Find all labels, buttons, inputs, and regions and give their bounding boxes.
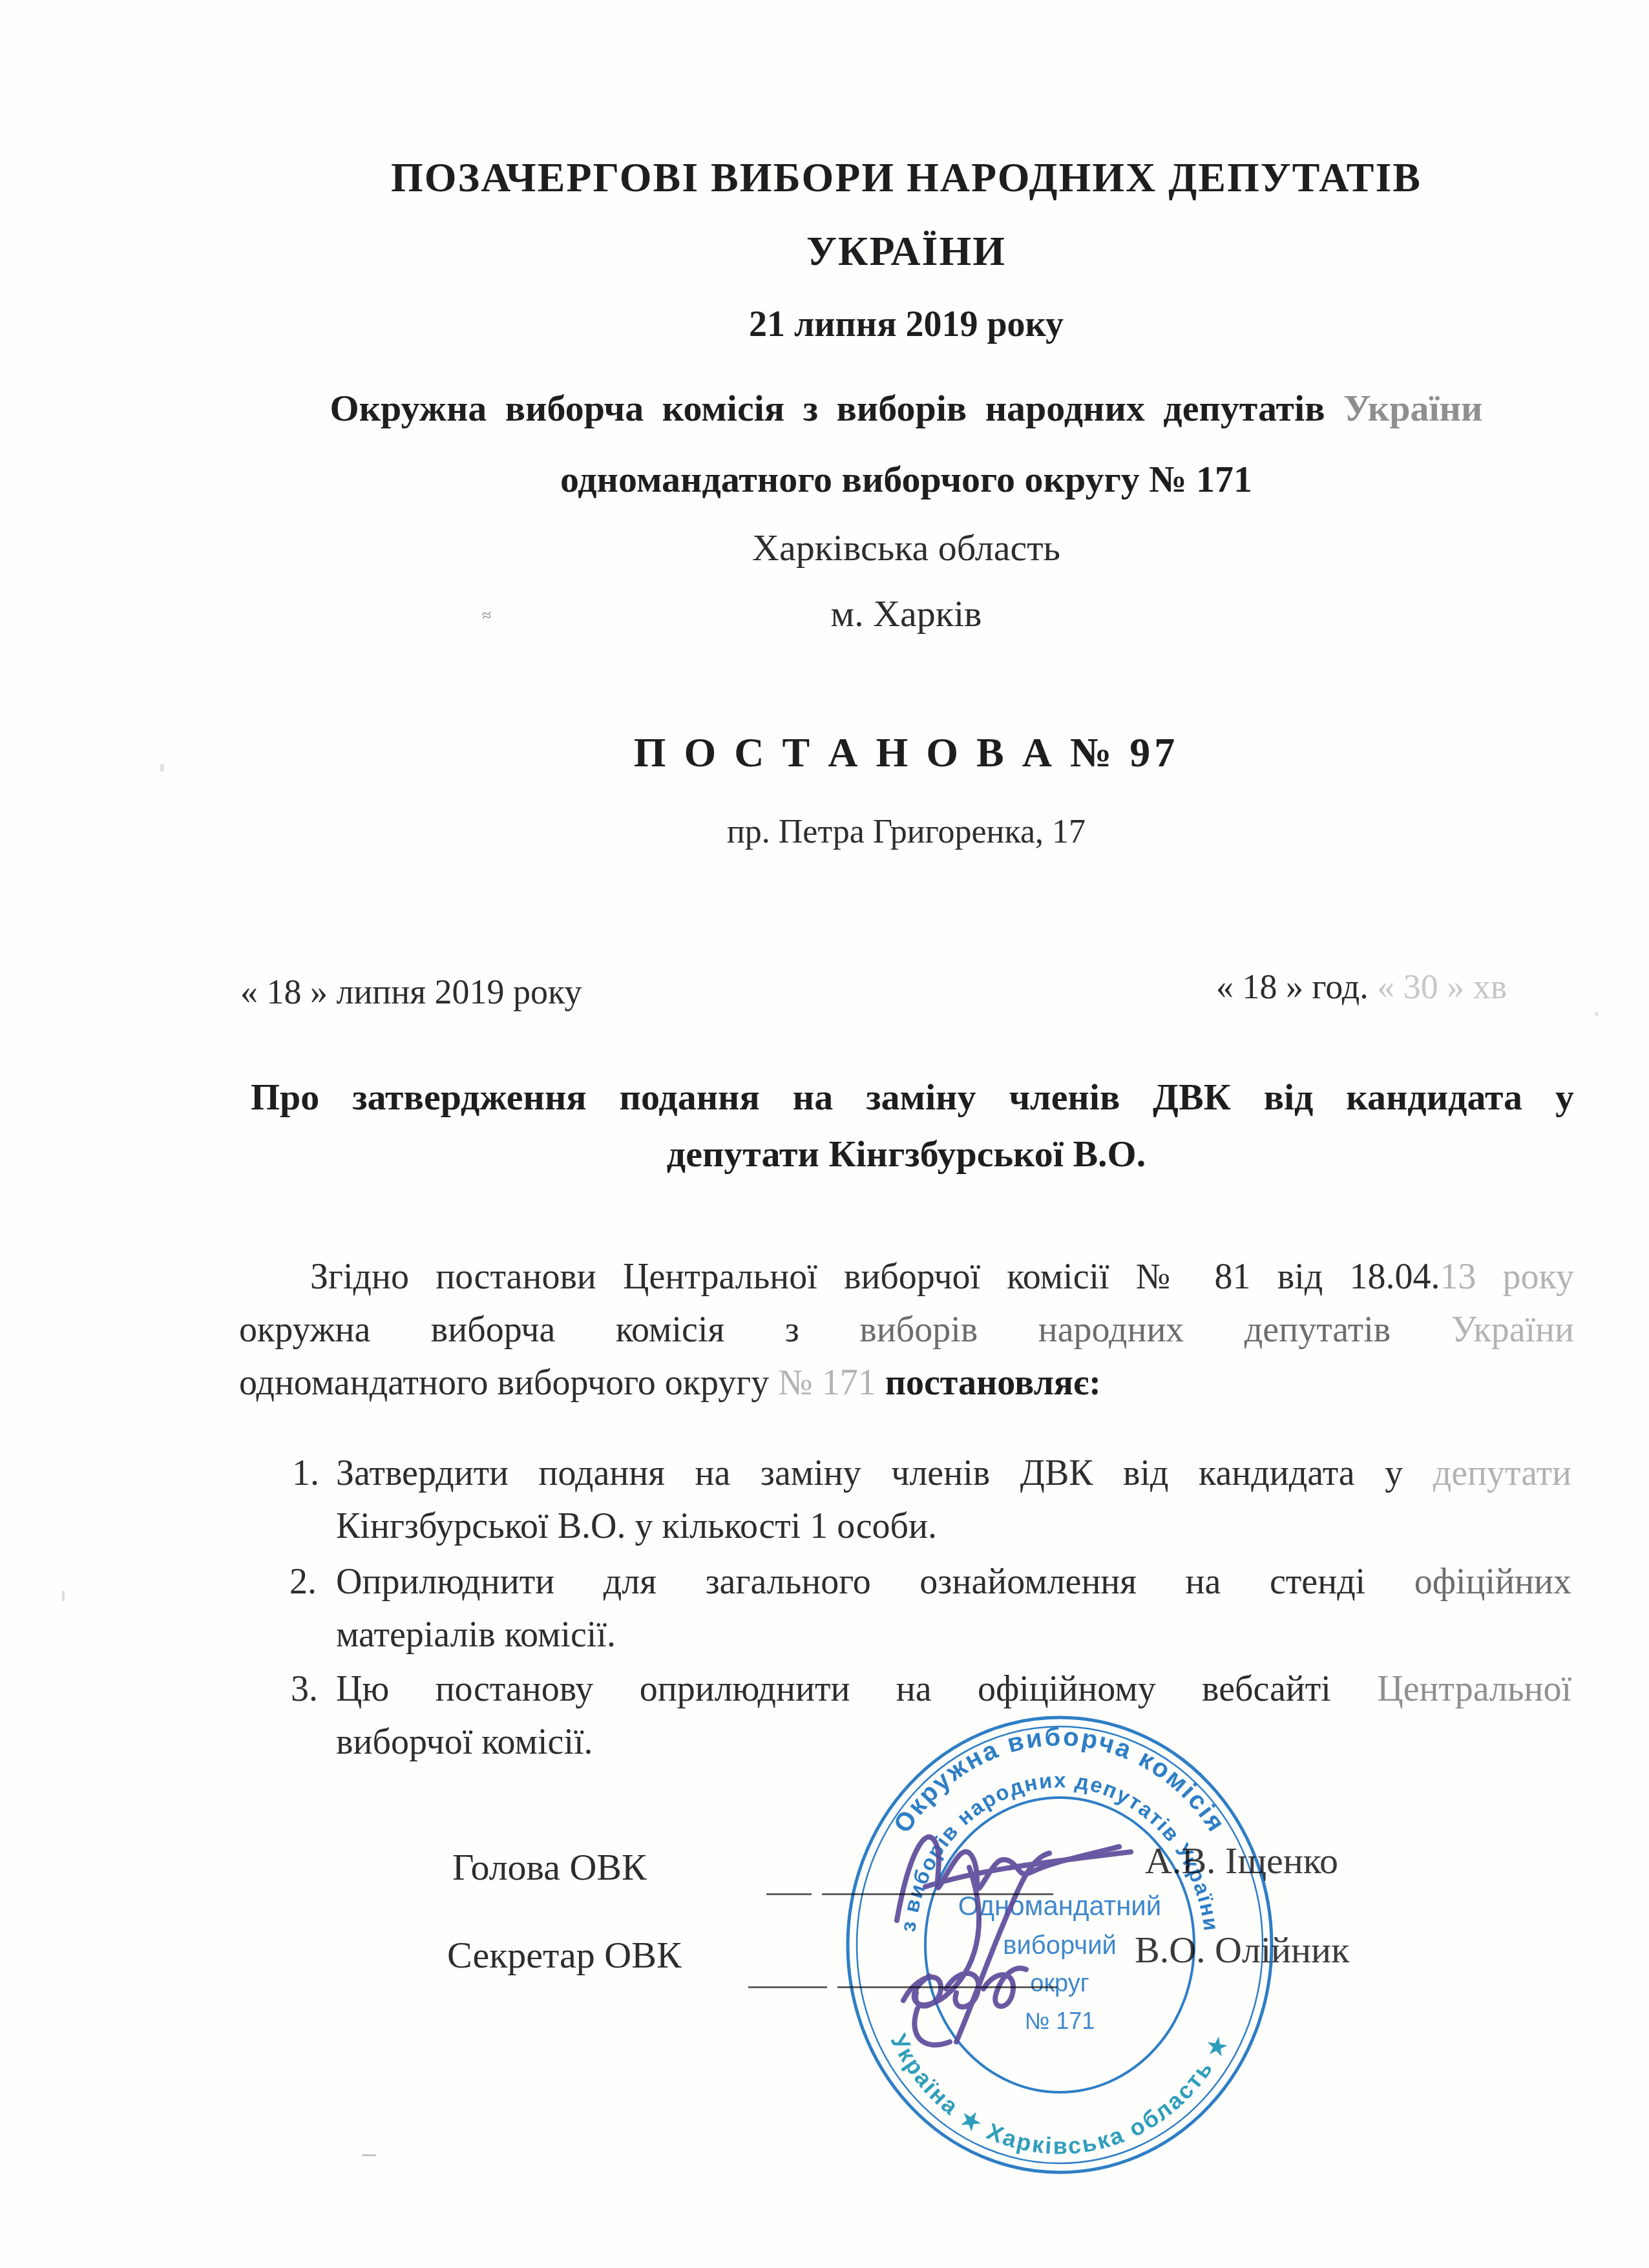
subject-line1: Про затвердження подання на заміну члені… (251, 1075, 1574, 1118)
city-line: м. Харків (239, 592, 1573, 635)
list-item-2-line1: Оприлюднити для загального ознайомлення … (336, 1561, 1571, 1602)
official-round-stamp: Окружна виборча комісія з виборів народн… (762, 1693, 1370, 2210)
subject-line2: депутати Кінгзбурської В.О. (239, 1132, 1573, 1175)
scan-speck (362, 2154, 376, 2156)
resolution-title: П О С Т А Н О В А № 97 (239, 729, 1573, 777)
scan-speck (62, 1591, 65, 1601)
paragraph-line3: одномандатного виборчого округу № 171 по… (239, 1362, 1101, 1403)
paragraph-line1-main: Згідно постанови Центральної виборчої ко… (310, 1257, 1440, 1297)
commission-name-tail: України (1325, 387, 1482, 429)
document-title-line1: ПОЗАЧЕРГОВІ ВИБОРИ НАРОДНИХ ДЕПУТАТІВ (239, 154, 1573, 202)
election-date: 21 липня 2019 року (239, 304, 1573, 345)
resolution-time-faded: « 30 » хв (1369, 967, 1507, 1006)
list-item-3-line2: виборчої комісії. (336, 1721, 593, 1763)
stamp-center-line3: округ (1030, 1970, 1089, 1997)
stamp-center-line2: виборчий (1003, 1931, 1117, 1960)
list-item-1-line1-faded: депутати (1403, 1453, 1571, 1493)
scanned-document-page: ПОЗАЧЕРГОВІ ВИБОРИ НАРОДНИХ ДЕПУТАТІВ УК… (0, 0, 1649, 2268)
stamp-center-line4: № 171 (1025, 2008, 1095, 2034)
resolution-date-left: « 18 » липня 2019 року (240, 972, 582, 1012)
secretary-signature-tail (914, 2008, 950, 2045)
list-item-3-number: 3. (291, 1668, 318, 1710)
commission-name-main: Окружна виборча комісія з виборів народн… (330, 387, 1325, 429)
paragraph-line3-faded: № 171 (778, 1363, 885, 1403)
list-item-2-line2: матеріалів комісії. (336, 1614, 616, 1655)
document-title-line2: УКРАЇНИ (239, 227, 1573, 275)
list-item-2-line1-faded: офіційних (1365, 1562, 1571, 1602)
paragraph-line2-main: окружна виборча комісія з (239, 1310, 799, 1350)
resolution-time-right: « 18 » год. « 30 » хв (1216, 967, 1507, 1007)
paragraph-line1: Згідно постанови Центральної виборчої ко… (310, 1256, 1574, 1297)
paragraph-line2-mid: виборів народних депутатів (799, 1310, 1391, 1350)
scan-speck (1595, 1012, 1599, 1016)
secretary-signature-loops (903, 1968, 1026, 2007)
stamp-arc-bottom-text: Україна ★ Харківська область ★ (886, 2030, 1234, 2159)
region-line: Харківська область (239, 526, 1573, 569)
paragraph-line2: окружна виборча комісія з виборів народн… (239, 1309, 1574, 1350)
resolution-time-main: « 18 » год. (1216, 967, 1369, 1006)
head-label: Голова ОВК (452, 1845, 647, 1889)
list-item-2-line1-main: Оприлюднити для загального ознайомлення … (336, 1562, 1365, 1602)
paragraph-line3-verb: постановляє: (885, 1363, 1101, 1403)
paragraph-line2-faded: України (1391, 1310, 1574, 1350)
stamp-center-line1: Одномандатний (958, 1891, 1162, 1921)
scan-speck (160, 764, 164, 772)
list-item-1-line1: Затвердити подання на заміну членів ДВК … (336, 1453, 1571, 1494)
paragraph-line3-main: одномандатного виборчого округу (239, 1363, 778, 1403)
resolution-address: пр. Петра Григоренка, 17 (239, 813, 1573, 851)
list-item-1-line1-main: Затвердити подання на заміну членів ДВК … (336, 1453, 1403, 1493)
district-line: одномандатного виборчого округу № 171 (239, 457, 1573, 501)
list-item-1-number: 1. (292, 1453, 319, 1494)
paragraph-line1-faded: 13 року (1440, 1257, 1574, 1297)
commission-name-line: Окружна виборча комісія з виборів народн… (239, 386, 1573, 430)
list-item-1-line2: Кінгзбурської В.О. у кількості 1 особи. (336, 1506, 937, 1547)
secretary-label: Секретар ОВК (447, 1933, 682, 1977)
list-item-2-number: 2. (289, 1561, 317, 1602)
